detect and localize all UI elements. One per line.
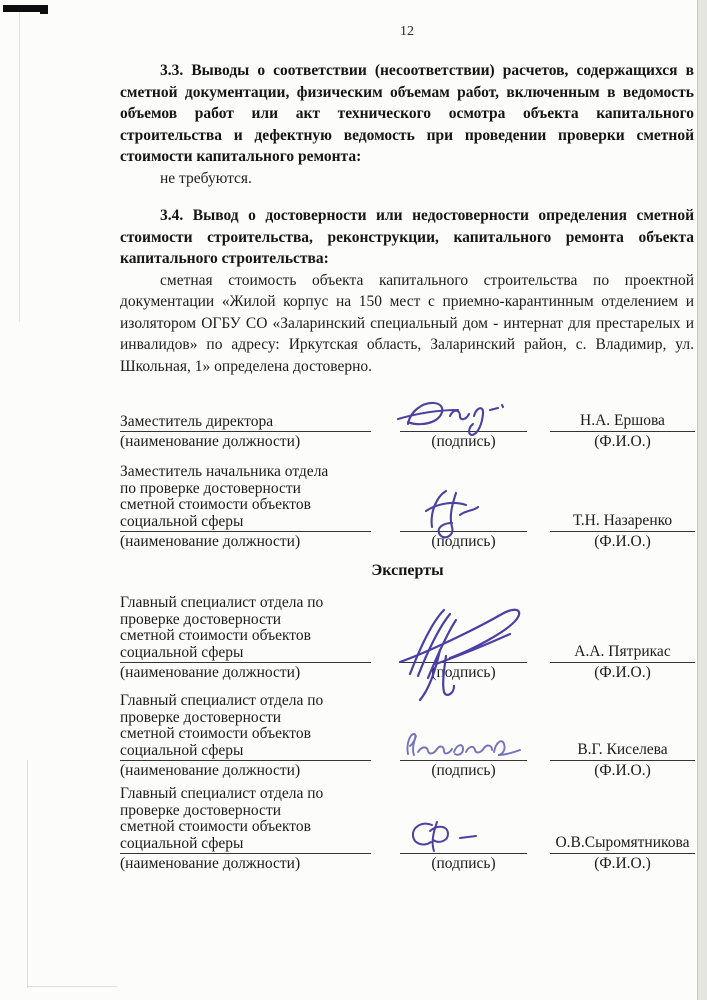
signature-row-expert-kiseleva: Главный специалист отдела по проверке до… — [120, 693, 695, 780]
name-caption: (Ф.И.О.) — [550, 854, 695, 873]
signature-row-expert-pyatrikas: Главный специалист отдела по проверке до… — [120, 595, 695, 682]
signature-row-expert-syromyatnikova: Главный специалист отдела по проверке до… — [120, 786, 695, 873]
position-caption: (наименование должности) — [120, 663, 371, 682]
signer-position: Главный специалист отдела по проверке до… — [120, 786, 371, 852]
name-caption: (Ф.И.О.) — [550, 532, 695, 551]
document-body: 3.3. Выводы о соответствии (несоответств… — [120, 60, 694, 377]
scan-artifact-right-edge-band — [698, 0, 707, 1000]
sign-caption: (подпись) — [400, 663, 527, 682]
section-3-4-body: сметная стоимость объекта капитального с… — [120, 270, 694, 378]
signer-name: В.Г. Киселева — [550, 741, 695, 760]
position-caption: (наименование должности) — [120, 854, 371, 873]
scan-artifact-left-line — [19, 12, 20, 322]
signer-name: Н.А. Ершова — [550, 412, 695, 431]
scan-artifact-left-line-lower — [27, 760, 28, 988]
section-3-4-heading: 3.4. Вывод о достоверности или недостове… — [120, 205, 694, 270]
signer-position: Главный специалист отдела по проверке до… — [120, 595, 371, 661]
signature-row-deputy-director: Заместитель директора (наименование долж… — [120, 412, 695, 451]
page-number: 12 — [120, 24, 694, 40]
section-3-3-heading: 3.3. Выводы о соответствии (несоответств… — [120, 60, 694, 168]
scan-artifact-bottom-line — [27, 986, 117, 987]
signature-row-deputy-head: Заместитель начальника отдела по проверк… — [120, 464, 695, 551]
signer-name: Т.Н. Назаренко — [550, 512, 695, 531]
signer-name: О.В.Сыромятникова — [550, 834, 695, 853]
position-caption: (наименование должности) — [120, 761, 371, 780]
sign-caption: (подпись) — [400, 432, 527, 451]
signer-name: А.А. Пятрикас — [550, 643, 695, 662]
signer-position: Главный специалист отдела по проверке до… — [120, 693, 371, 759]
signer-position: Заместитель начальника отдела по проверк… — [120, 464, 371, 530]
position-caption: (наименование должности) — [120, 532, 371, 551]
name-caption: (Ф.И.О.) — [550, 761, 695, 780]
scanned-document-page: { "page_number": "12", "sections": [ { "… — [0, 0, 707, 1000]
name-caption: (Ф.И.О.) — [550, 432, 695, 451]
experts-heading: Эксперты — [120, 562, 695, 580]
scan-artifact-black-bar — [3, 5, 48, 12]
sign-caption: (подпись) — [400, 761, 527, 780]
section-3-3-body: не требуются. — [120, 168, 694, 190]
name-caption: (Ф.И.О.) — [550, 663, 695, 682]
signer-position: Заместитель директора — [120, 414, 371, 431]
signature-ershova-ink — [394, 394, 526, 438]
sign-caption: (подпись) — [400, 532, 527, 551]
position-caption: (наименование должности) — [120, 432, 371, 451]
sign-caption: (подпись) — [400, 854, 527, 873]
